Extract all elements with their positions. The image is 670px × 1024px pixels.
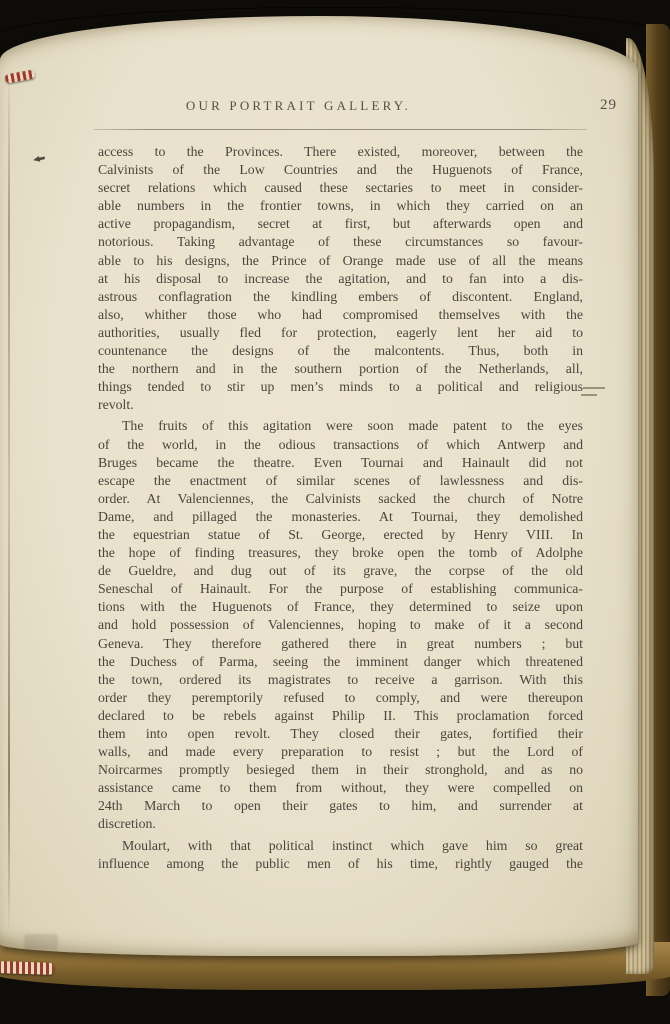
text-line: assistance came to them from without, th… [98,779,583,797]
text-line: revolt. [98,396,583,414]
text-block: access to the Provinces. There existed, … [98,143,583,873]
text-line: Calvinists of the Low Countries and the … [98,161,583,179]
text-line: tions with the Huguenots of France, they… [98,598,583,616]
pencil-mark-dash [581,394,597,396]
text-line: of the world, in the odious transactions… [98,436,583,454]
paragraph: access to the Provinces. There existed, … [98,143,583,414]
text-line: Noircarmes promptly besieged them in the… [98,761,583,779]
text-line: authorities, usually fled for protection… [98,324,583,342]
text-line: secret relations which caused these sect… [98,179,583,197]
text-line: Moulart, with that political instinct wh… [98,837,583,855]
text-line: them into open revolt. They closed their… [98,725,583,743]
printed-content: OUR PORTRAIT GALLERY. 29 access to the P… [98,98,583,873]
text-line: things tended to stir up men’s minds to … [98,378,583,396]
text-line: able numbers in the frontier towns, in w… [98,197,583,215]
text-line: order they peremptorily refused to compl… [98,689,583,707]
pencil-smudge [24,934,58,950]
text-line: astrous conflagration the kindling ember… [98,288,583,306]
running-title: OUR PORTRAIT GALLERY. [186,98,411,113]
paragraph: The fruits of this agitation were soon m… [98,417,583,833]
book-photograph: OUR PORTRAIT GALLERY. 29 access to the P… [0,0,670,1024]
text-line: declared to be rebels against Philip II.… [98,707,583,725]
pencil-mark-dash [583,387,605,389]
text-line: the hope of finding treasures, they brok… [98,544,583,562]
text-line: 24th March to open their gates to him, a… [98,797,583,815]
text-line: Geneva. They therefore gathered there in… [98,635,583,653]
text-line: The fruits of this agitation were soon m… [98,417,583,435]
text-line: Dame, and pillaged the monasteries. At T… [98,508,583,526]
text-line: order. At Valenciennes, the Calvinists s… [98,490,583,508]
pencil-mark-arrow [32,155,45,164]
running-head: OUR PORTRAIT GALLERY. 29 [98,98,583,115]
endband-bottom [0,961,54,975]
header-rule [94,129,587,130]
text-line: the town, ordered its magistrates to rec… [98,671,583,689]
text-line: Seneschal of Hainault. For the purpose o… [98,580,583,598]
text-line: the Duchess of Parma, seeing the imminen… [98,653,583,671]
text-line: notorious. Taking advantage of these cir… [98,233,583,251]
text-line: and hold possession of Valenciennes, hop… [98,616,583,634]
page-number: 29 [600,97,617,114]
text-line: at his disposal to increase the agitatio… [98,270,583,288]
text-line: able to his designs, the Prince of Orang… [98,252,583,270]
text-line: the northern and in the southern portion… [98,360,583,378]
book-page: OUR PORTRAIT GALLERY. 29 access to the P… [0,16,638,956]
text-line: discretion. [98,815,583,833]
text-line: access to the Provinces. There existed, … [98,143,583,161]
page-crease-left [8,68,10,934]
text-line: influence among the public men of his ti… [98,855,583,873]
text-line: Bruges became the theatre. Even Tournai … [98,454,583,472]
paragraph: Moulart, with that political instinct wh… [98,837,583,873]
text-line: walls, and made every preparation to res… [98,743,583,761]
text-line: de Gueldre, and dug out of its grave, th… [98,562,583,580]
text-line: active propagandism, secret at first, bu… [98,215,583,233]
text-line: also, whither those who had compromised … [98,306,583,324]
text-line: the equestrian statue of St. George, ere… [98,526,583,544]
text-line: escape the enactment of similar scenes o… [98,472,583,490]
text-line: countenance the designs of the malconten… [98,342,583,360]
